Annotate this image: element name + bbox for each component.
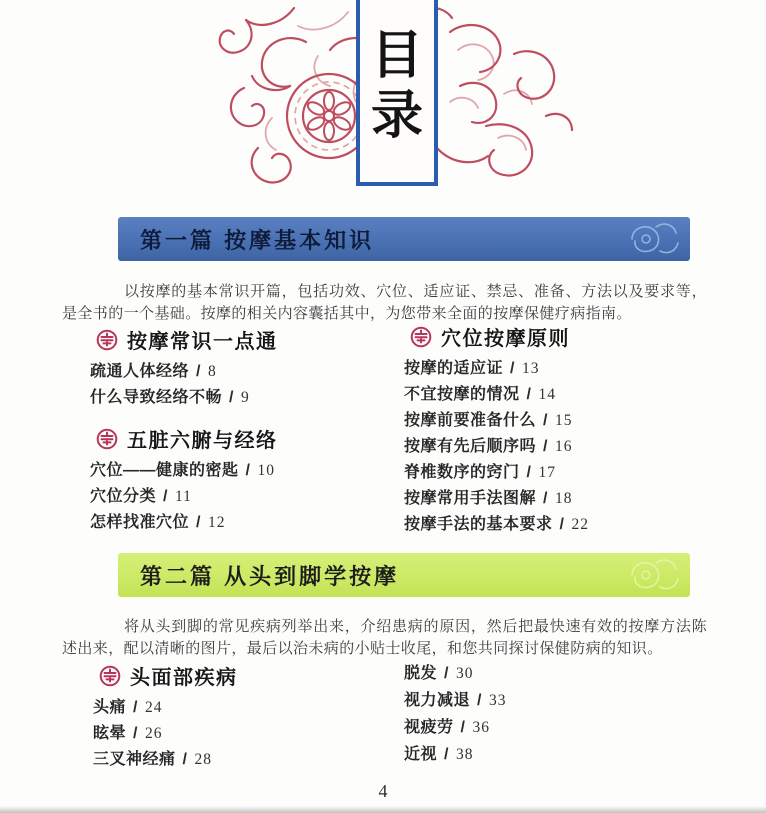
toc-entry-separator: / [196, 514, 201, 531]
toc-entry-separator: / [229, 389, 234, 406]
toc-group-heading-label: 头面部疾病 [130, 661, 238, 690]
part2-intro: 将从头到脚的常见疾病列举出来，介绍患病的原因，然后把最快速有效的按摩方法陈述出来… [62, 616, 707, 660]
toc-entry-page: 13 [522, 360, 540, 377]
toc-entry-title: 三叉神经痛 [93, 751, 176, 768]
toc-entry-page: 24 [145, 699, 163, 716]
shou-medallion-icon [96, 329, 118, 351]
toc-entry-separator: / [543, 490, 548, 507]
toc-entry: 按摩手法的基本要求/22 [404, 512, 710, 538]
toc-entry: 穴位分类/11 [90, 484, 396, 510]
toc-page: 目 录 第一篇 按摩基本知识 以按摩的基本常识开篇，包括功效、穴位、适应证、禁忌… [0, 0, 766, 813]
toc-group: 按摩常识一点通 疏通人体经络/8 什么导致经络不畅/9 [90, 325, 396, 411]
toc-entry-page: 22 [571, 516, 589, 533]
part2-banner: 第二篇 从头到脚学按摩 [118, 553, 690, 597]
toc-entry-separator: / [543, 438, 548, 455]
toc-entry-page: 11 [175, 488, 192, 505]
toc-entry-title: 按摩有先后顺序吗 [404, 438, 536, 455]
toc-entry-separator: / [444, 665, 449, 682]
toc-title-char: 目 [371, 26, 423, 86]
toc-entry: 头痛/24 [93, 695, 399, 721]
toc-group-heading-label: 五脏六腑与经络 [127, 424, 278, 453]
toc-entry-separator: / [477, 692, 482, 709]
toc-entry-title: 视力减退 [404, 692, 470, 709]
toc-entry-title: 近视 [404, 746, 437, 763]
toc-entry-title: 按摩的适应证 [404, 360, 503, 377]
toc-entry-title: 穴位分类 [90, 488, 156, 505]
toc-entry-page: 36 [472, 719, 490, 736]
toc-entry-title: 视疲劳 [404, 719, 454, 736]
toc-entry-page: 16 [555, 438, 573, 455]
toc-group: 脱发/30 视力减退/33 视疲劳/36 近视/38 [404, 660, 710, 768]
toc-entry-title: 穴位——健康的密匙 [90, 462, 239, 479]
part1-banner: 第一篇 按摩基本知识 [118, 217, 690, 261]
toc-entry-separator: / [196, 363, 201, 380]
toc-group-heading: 五脏六腑与经络 [90, 424, 396, 453]
toc-entry-title: 怎样找准穴位 [90, 514, 189, 531]
toc-entry-title: 脱发 [404, 665, 437, 682]
toc-group-heading: 穴位按摩原则 [404, 322, 710, 351]
toc-entry: 按摩常用手法图解/18 [404, 486, 710, 512]
toc-group: 头面部疾病 头痛/24 眩晕/26 三叉神经痛/28 [93, 661, 399, 773]
part1-banner-label: 第一篇 按摩基本知识 [118, 224, 374, 255]
toc-entry-separator: / [163, 488, 168, 505]
toc-entry-page: 17 [538, 464, 556, 481]
toc-entry-page: 9 [241, 389, 250, 406]
toc-entry-page: 26 [145, 725, 163, 742]
toc-entry: 近视/38 [404, 741, 710, 768]
toc-entry-separator: / [133, 725, 138, 742]
toc-entry: 穴位——健康的密匙/10 [90, 458, 396, 484]
toc-entry-separator: / [543, 412, 548, 429]
toc-entry: 疏通人体经络/8 [90, 359, 396, 385]
toc-entry: 怎样找准穴位/12 [90, 510, 396, 536]
toc-entry-title: 眩晕 [93, 725, 126, 742]
toc-entry-page: 28 [194, 751, 212, 768]
toc-group-heading-label: 按摩常识一点通 [127, 325, 278, 354]
part2-banner-label: 第二篇 从头到脚学按摩 [118, 560, 399, 591]
toc-entry-page: 33 [489, 692, 507, 709]
toc-entry-title: 按摩前要准备什么 [404, 412, 536, 429]
toc-entry-page: 14 [538, 386, 556, 403]
part2-right-column: 脱发/30 视力减退/33 视疲劳/36 近视/38 [404, 660, 710, 768]
toc-group-heading: 按摩常识一点通 [90, 325, 396, 354]
toc-entry: 脱发/30 [404, 660, 710, 687]
toc-entry-title: 按摩常用手法图解 [404, 490, 536, 507]
shou-medallion-icon [99, 665, 121, 687]
toc-entry: 按摩的适应证/13 [404, 356, 710, 382]
toc-title-char: 录 [371, 86, 423, 146]
banner-swirl-icon [616, 219, 682, 259]
toc-entry-separator: / [183, 751, 188, 768]
toc-entry-title: 头痛 [93, 699, 126, 716]
toc-entry: 三叉神经痛/28 [93, 747, 399, 773]
toc-entry-separator: / [527, 464, 532, 481]
toc-entry-title: 按摩手法的基本要求 [404, 516, 553, 533]
toc-entry: 视力减退/33 [404, 687, 710, 714]
toc-entry-page: 10 [257, 462, 275, 479]
banner-swirl-icon [616, 555, 682, 595]
toc-entry-separator: / [461, 719, 466, 736]
scan-bottom-edge [0, 806, 766, 813]
toc-entry-separator: / [510, 360, 515, 377]
toc-entry-page: 12 [208, 514, 226, 531]
toc-group-heading: 头面部疾病 [93, 661, 399, 690]
toc-entry-title: 脊椎数序的窍门 [404, 464, 520, 481]
toc-entry-page: 38 [456, 746, 474, 763]
toc-entry-title: 疏通人体经络 [90, 363, 189, 380]
toc-entry-title: 不宜按摩的情况 [404, 386, 520, 403]
toc-entry-title: 什么导致经络不畅 [90, 389, 222, 406]
toc-entry: 视疲劳/36 [404, 714, 710, 741]
toc-group: 五脏六腑与经络 穴位——健康的密匙/10 穴位分类/11 怎样找准穴位/12 [90, 424, 396, 536]
toc-entry: 按摩前要准备什么/15 [404, 408, 710, 434]
part1-intro: 以按摩的基本常识开篇，包括功效、穴位、适应证、禁忌、准备、方法以及要求等，是全书… [62, 281, 707, 325]
toc-entry-separator: / [133, 699, 138, 716]
toc-entry-separator: / [527, 386, 532, 403]
toc-entry: 什么导致经络不畅/9 [90, 385, 396, 411]
page-number: 4 [0, 781, 766, 802]
part2-left-column: 头面部疾病 头痛/24 眩晕/26 三叉神经痛/28 [93, 661, 399, 773]
toc-entry-page: 18 [555, 490, 573, 507]
toc-entry: 眩晕/26 [93, 721, 399, 747]
toc-entry-page: 15 [555, 412, 573, 429]
toc-entry: 脊椎数序的窍门/17 [404, 460, 710, 486]
toc-entry-separator: / [560, 516, 565, 533]
shou-medallion-icon [410, 326, 432, 348]
part1-right-column: 穴位按摩原则 按摩的适应证/13 不宜按摩的情况/14 按摩前要准备什么/15 … [404, 322, 710, 538]
part1-left-column: 按摩常识一点通 疏通人体经络/8 什么导致经络不畅/9 [90, 325, 396, 536]
toc-group: 穴位按摩原则 按摩的适应证/13 不宜按摩的情况/14 按摩前要准备什么/15 … [404, 322, 710, 538]
toc-title-box: 目 录 [356, 0, 438, 186]
toc-entry-separator: / [246, 462, 251, 479]
toc-group-heading-label: 穴位按摩原则 [441, 322, 570, 351]
toc-entry-page: 30 [456, 665, 474, 682]
toc-entry: 按摩有先后顺序吗/16 [404, 434, 710, 460]
toc-entry-page: 8 [208, 363, 217, 380]
toc-entry: 不宜按摩的情况/14 [404, 382, 710, 408]
shou-medallion-icon [96, 428, 118, 450]
toc-entry-separator: / [444, 746, 449, 763]
